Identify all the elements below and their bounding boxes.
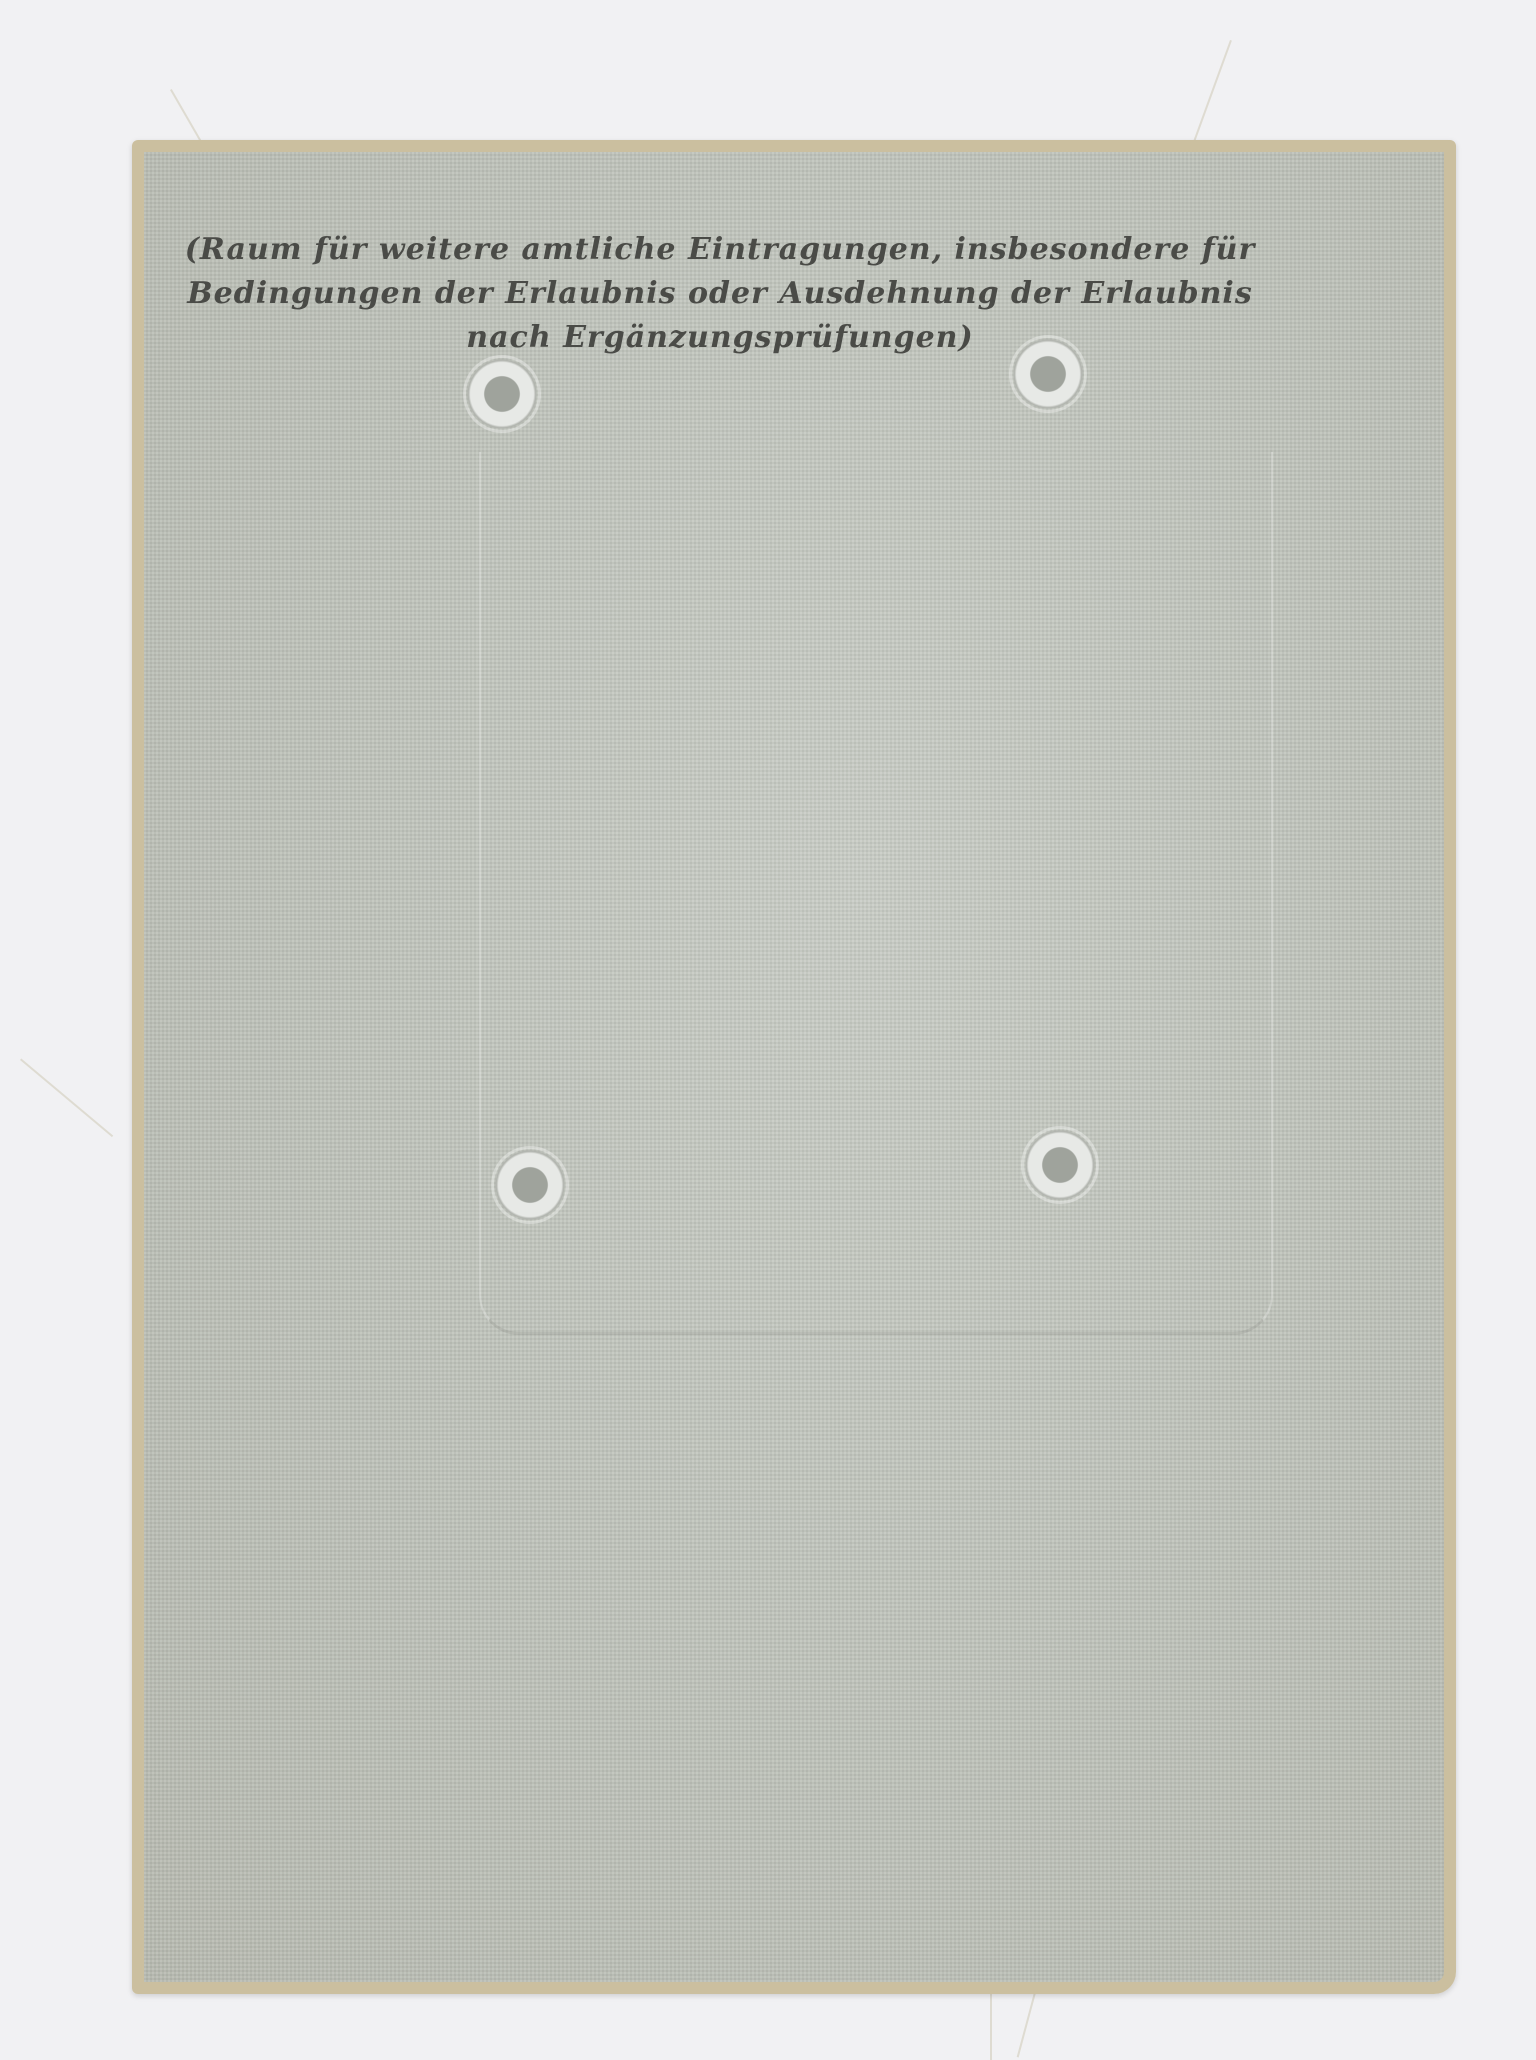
loose-thread: [1192, 40, 1232, 144]
text-line-1: (Raum für weitere amtliche Eintragungen,…: [160, 228, 1280, 272]
eyelet-top-right: [1012, 338, 1084, 410]
fold-shadow: [479, 452, 1273, 1335]
eyelet-bottom-left: [494, 1149, 566, 1221]
eyelet-bottom-right: [1024, 1129, 1096, 1201]
document-cover: [132, 140, 1456, 1994]
printed-instruction: (Raum für weitere amtliche Eintragungen,…: [160, 228, 1280, 360]
text-line-2: Bedingungen der Erlaubnis oder Ausdehnun…: [160, 272, 1280, 316]
loose-thread: [20, 1058, 113, 1137]
eyelet-top-left: [466, 358, 538, 430]
text-line-3: nach Ergänzungsprüfungen): [160, 316, 1280, 360]
